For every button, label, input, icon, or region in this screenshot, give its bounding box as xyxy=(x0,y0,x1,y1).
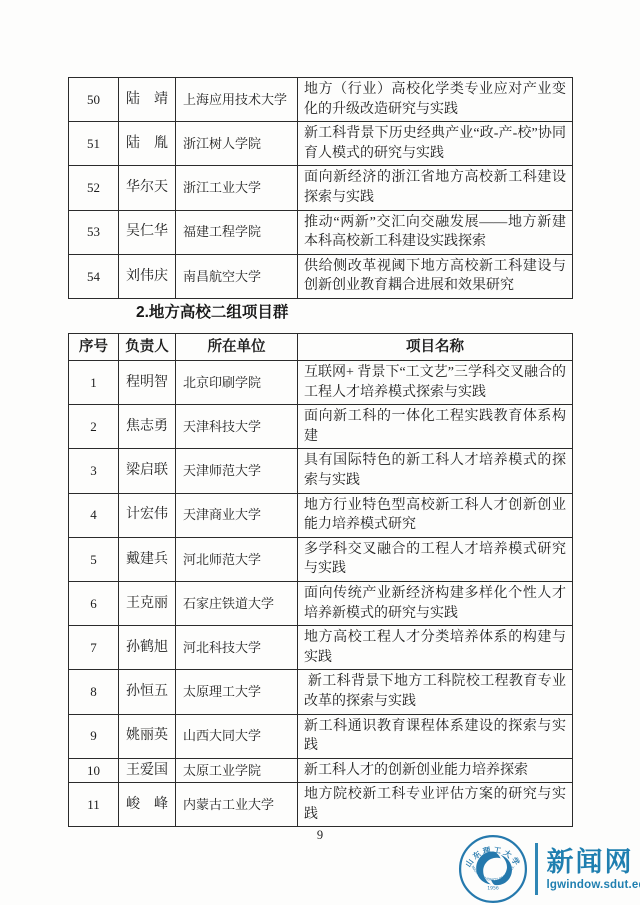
site-name: 新闻网 xyxy=(547,847,640,877)
site-url: lgwindow.sdut.edu.cn xyxy=(547,879,640,891)
cell-project-title: 具有国际特色的新工科人才培养模式的探索与实践 xyxy=(298,449,573,493)
cell-leader-name: 峻 峰 xyxy=(119,783,176,827)
cell-leader-name: 孙鹤旭 xyxy=(119,626,176,670)
cell-project-title: 地方行业特色型高校新工科人才创新创业能力培养模式研究 xyxy=(298,493,573,537)
cell-project-title: 面向传统产业新经济构建多样化个性人才培养新模式的研究与实践 xyxy=(298,581,573,625)
cell-leader-name: 戴建兵 xyxy=(119,537,176,581)
cell-leader-name: 王爱国 xyxy=(119,758,176,783)
cell-project-title: 面向新经济的浙江省地方高校新工科建设探索与实践 xyxy=(298,166,573,210)
cell-leader-name: 焦志勇 xyxy=(119,405,176,449)
cell-leader-name: 姚丽英 xyxy=(119,714,176,758)
cell-serial-number: 2 xyxy=(69,405,119,449)
cell-unit-name: 浙江树人学院 xyxy=(176,122,298,166)
header-leader: 负责人 xyxy=(119,334,176,361)
cell-leader-name: 华尔天 xyxy=(119,166,176,210)
cell-unit-name: 内蒙古工业大学 xyxy=(176,783,298,827)
header-row: 序号 负责人 所在单位 项目名称 xyxy=(69,334,573,361)
cell-leader-name: 孙恒五 xyxy=(119,670,176,714)
cell-leader-name: 陆 靖 xyxy=(119,78,176,122)
cell-serial-number: 7 xyxy=(69,626,119,670)
cell-unit-name: 山西大同大学 xyxy=(176,714,298,758)
cell-unit-name: 福建工程学院 xyxy=(176,210,298,254)
table-row: 53 吴仁华 福建工程学院 推动“两新”交汇向交融发展——地方新建本科高校新工科… xyxy=(69,210,573,254)
table-row: 3 梁启联 天津师范大学 具有国际特色的新工科人才培养模式的探索与实践 xyxy=(69,449,573,493)
table-row: 51 陆 胤 浙江树人学院 新工科背景下历史经典产业“政-产-校”协同育人模式的… xyxy=(69,122,573,166)
table1-body: 50 陆 靖 上海应用技术大学 地方（行业）高校化学类专业应对产业变化的升级改造… xyxy=(69,78,573,299)
cell-project-title: 新工科通识教育课程体系建设的探索与实践 xyxy=(298,714,573,758)
cell-serial-number: 3 xyxy=(69,449,119,493)
cell-serial-number: 5 xyxy=(69,537,119,581)
cell-unit-name: 天津科技大学 xyxy=(176,405,298,449)
table-row: 50 陆 靖 上海应用技术大学 地方（行业）高校化学类专业应对产业变化的升级改造… xyxy=(69,78,573,122)
cell-serial-number: 10 xyxy=(69,758,119,783)
header-serial-number: 序号 xyxy=(69,334,119,361)
cell-leader-name: 计宏伟 xyxy=(119,493,176,537)
cell-project-title: 地方院校新工科专业评估方案的研究与实践 xyxy=(298,783,573,827)
cell-unit-name: 浙江工业大学 xyxy=(176,166,298,210)
cell-project-title: 供给侧改革视阈下地方高校新工科建设与创新创业教育耦合进展和效果研究 xyxy=(298,254,573,298)
table-row: 8 孙恒五 太原理工大学 新工科背景下地方工科院校工程教育专业改革的探索与实践 xyxy=(69,670,573,714)
cell-unit-name: 天津商业大学 xyxy=(176,493,298,537)
seal-outer-ring xyxy=(460,836,526,902)
header-unit: 所在单位 xyxy=(176,334,298,361)
cell-project-title: 面向新工科的一体化工程实践教育体系构建 xyxy=(298,405,573,449)
cell-leader-name: 吴仁华 xyxy=(119,210,176,254)
table-row: 4 计宏伟 天津商业大学 地方行业特色型高校新工科人才创新创业能力培养模式研究 xyxy=(69,493,573,537)
site-watermark: 山东理工大学 SHANDONG UNIVERSITY OF TECHNOLOGY… xyxy=(458,834,640,904)
cell-unit-name: 太原理工大学 xyxy=(176,670,298,714)
cell-leader-name: 陆 胤 xyxy=(119,122,176,166)
cell-unit-name: 太原工业学院 xyxy=(176,758,298,783)
cell-leader-name: 程明智 xyxy=(119,361,176,405)
cell-leader-name: 梁启联 xyxy=(119,449,176,493)
cell-project-title: 地方高校工程人才分类培养体系的构建与实践 xyxy=(298,626,573,670)
watermark-divider xyxy=(535,843,538,895)
cell-serial-number: 8 xyxy=(69,670,119,714)
cell-unit-name: 南昌航空大学 xyxy=(176,254,298,298)
table-row: 1 程明智 北京印刷学院 互联网+ 背景下“工文艺”三学科交叉融合的工程人才培养… xyxy=(69,361,573,405)
university-seal-icon: 山东理工大学 SHANDONG UNIVERSITY OF TECHNOLOGY… xyxy=(458,834,528,904)
cell-unit-name: 河北师范大学 xyxy=(176,537,298,581)
cell-project-title: 多学科交叉融合的工程人才培养模式研究与实践 xyxy=(298,537,573,581)
cell-serial-number: 53 xyxy=(69,210,119,254)
cell-serial-number: 6 xyxy=(69,581,119,625)
table-row: 10 王爱国 太原工业学院 新工科人才的创新创业能力培养探索 xyxy=(69,758,573,783)
table2-body: 1 程明智 北京印刷学院 互联网+ 背景下“工文艺”三学科交叉融合的工程人才培养… xyxy=(69,361,573,827)
cell-serial-number: 54 xyxy=(69,254,119,298)
cell-unit-name: 石家庄铁道大学 xyxy=(176,581,298,625)
table-row: 11 峻 峰 内蒙古工业大学 地方院校新工科专业评估方案的研究与实践 xyxy=(69,783,573,827)
cell-project-title: 新工科背景下地方工科院校工程教育专业改革的探索与实践 xyxy=(298,670,573,714)
cell-project-title: 互联网+ 背景下“工文艺”三学科交叉融合的工程人才培养模式探索与实践 xyxy=(298,361,573,405)
cell-project-title: 地方（行业）高校化学类专业应对产业变化的升级改造研究与实践 xyxy=(298,78,573,122)
seal-year: 1956 xyxy=(487,885,499,891)
cell-unit-name: 天津师范大学 xyxy=(176,449,298,493)
document-page: 50 陆 靖 上海应用技术大学 地方（行业）高校化学类专业应对产业变化的升级改造… xyxy=(0,0,640,905)
cell-leader-name: 刘伟庆 xyxy=(119,254,176,298)
cell-serial-number: 9 xyxy=(69,714,119,758)
project-table-group1-continued: 50 陆 靖 上海应用技术大学 地方（行业）高校化学类专业应对产业变化的升级改造… xyxy=(68,77,573,299)
section-heading: 2.地方高校二组项目群 xyxy=(136,300,288,322)
table-row: 9 姚丽英 山西大同大学 新工科通识教育课程体系建设的探索与实践 xyxy=(69,714,573,758)
cell-project-title: 新工科背景下历史经典产业“政-产-校”协同育人模式的研究与实践 xyxy=(298,122,573,166)
cell-leader-name: 王克丽 xyxy=(119,581,176,625)
table-row: 5 戴建兵 河北师范大学 多学科交叉融合的工程人才培养模式研究与实践 xyxy=(69,537,573,581)
cell-unit-name: 上海应用技术大学 xyxy=(176,78,298,122)
cell-project-title: 新工科人才的创新创业能力培养探索 xyxy=(298,758,573,783)
table-row: 6 王克丽 石家庄铁道大学 面向传统产业新经济构建多样化个性人才培养新模式的研究… xyxy=(69,581,573,625)
cell-serial-number: 4 xyxy=(69,493,119,537)
project-table-group2: 序号 负责人 所在单位 项目名称 1 程明智 北京印刷学院 互联网+ 背景下“工… xyxy=(68,333,573,827)
table-row: 7 孙鹤旭 河北科技大学 地方高校工程人才分类培养体系的构建与实践 xyxy=(69,626,573,670)
cell-project-title: 推动“两新”交汇向交融发展——地方新建本科高校新工科建设实践探索 xyxy=(298,210,573,254)
header-project-title: 项目名称 xyxy=(298,334,573,361)
watermark-text-column: 新闻网 lgwindow.sdut.edu.cn xyxy=(547,847,640,891)
table-row: 2 焦志勇 天津科技大学 面向新工科的一体化工程实践教育体系构建 xyxy=(69,405,573,449)
cell-unit-name: 河北科技大学 xyxy=(176,626,298,670)
cell-serial-number: 50 xyxy=(69,78,119,122)
cell-serial-number: 52 xyxy=(69,166,119,210)
table2-header: 序号 负责人 所在单位 项目名称 xyxy=(69,334,573,361)
cell-serial-number: 11 xyxy=(69,783,119,827)
cell-unit-name: 北京印刷学院 xyxy=(176,361,298,405)
cell-serial-number: 51 xyxy=(69,122,119,166)
table-row: 54 刘伟庆 南昌航空大学 供给侧改革视阈下地方高校新工科建设与创新创业教育耦合… xyxy=(69,254,573,298)
table-row: 52 华尔天 浙江工业大学 面向新经济的浙江省地方高校新工科建设探索与实践 xyxy=(69,166,573,210)
cell-serial-number: 1 xyxy=(69,361,119,405)
